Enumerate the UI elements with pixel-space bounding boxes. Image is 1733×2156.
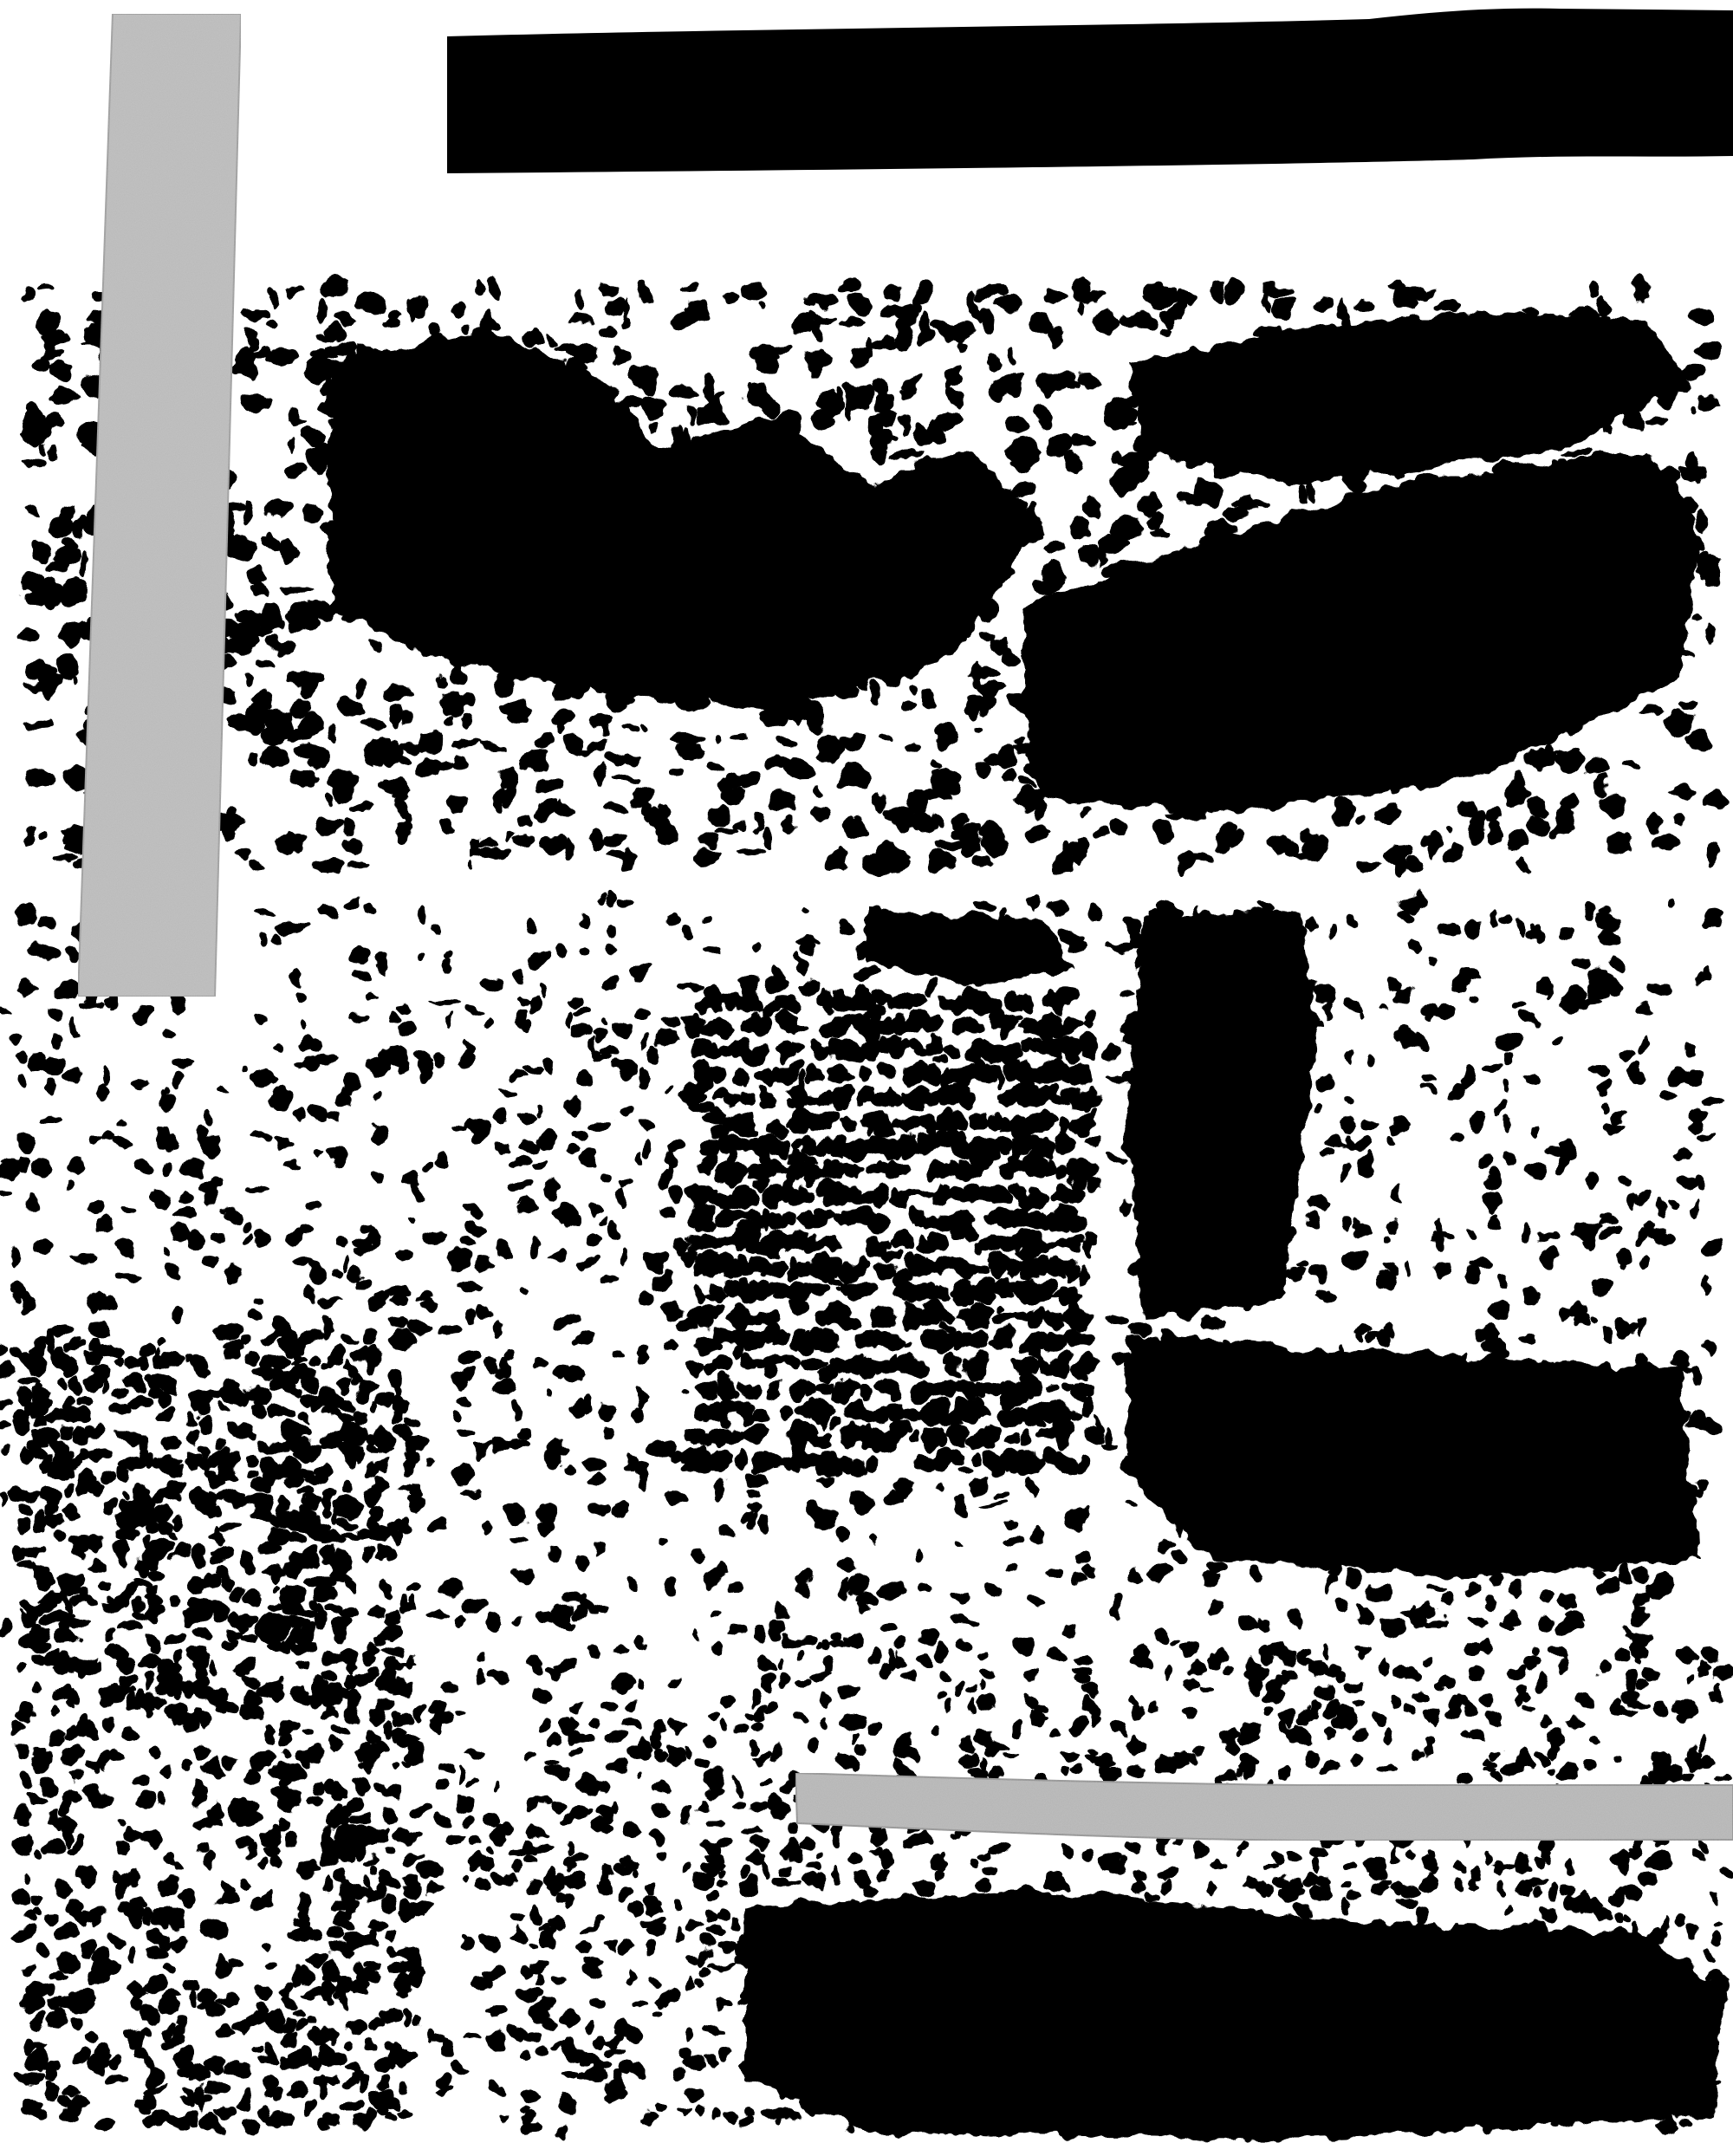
monoprint-artwork <box>0 0 1733 2156</box>
top-black-bar <box>447 9 1733 173</box>
